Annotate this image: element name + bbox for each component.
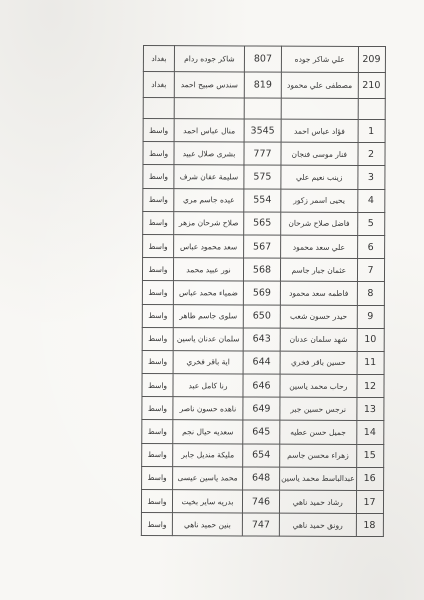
serial-cell: 210 (358, 72, 385, 98)
roster-row: واسطناهده حسون ناصر649نرجس حسين جبر13 (142, 397, 384, 421)
province-cell: واسط (142, 397, 173, 420)
roster-row: واسطمليكة منديل جابر654زهراء محسن جاسم15 (142, 443, 384, 467)
serial-cell: 7 (357, 259, 384, 282)
province-cell: واسط (142, 374, 173, 397)
serial-cell: 12 (356, 374, 383, 397)
code-cell: 569 (243, 281, 280, 304)
serial-cell: 17 (356, 490, 383, 513)
roster-row: واسطضمياء محمد عباس569فاطمه سعد محمود8 (142, 281, 384, 305)
name-cell: عثمان جبار جاسم (280, 258, 357, 282)
second-name-cell: محمد ياسين عيسى (173, 466, 243, 489)
province-cell: واسط (142, 304, 173, 327)
second-name-cell: صلاح شرحان مزهر (174, 211, 244, 234)
code-cell: 644 (243, 351, 280, 374)
second-name-cell: سلوى جاسم طاهر (173, 304, 243, 327)
code-cell: 777 (244, 142, 281, 165)
province-cell: بغداد (143, 46, 174, 72)
code-cell: 554 (244, 189, 281, 212)
code-cell: 646 (243, 374, 280, 397)
spacer-row (143, 98, 385, 120)
name-cell: فؤاد عباس احمد (281, 119, 358, 143)
code-cell: 650 (243, 304, 280, 327)
roster-table: بغدادشاكر جوده ردام807علي شاكر جوده209بغ… (141, 45, 386, 537)
serial-cell: 15 (356, 444, 383, 467)
name-cell: رشاد حميد ناهي (279, 490, 356, 514)
serial-cell: 1 (358, 119, 385, 142)
second-name-cell: بدريه ساير بخيت (172, 490, 242, 513)
second-name-cell: شاكر جوده ردام (174, 46, 244, 72)
second-name-cell: منال عباس احمد (174, 119, 244, 142)
second-name-cell: عيده جاسم مري (174, 188, 244, 211)
name-cell: حيدر حسون شعب (280, 305, 357, 329)
code-cell (244, 98, 281, 119)
province-cell: واسط (142, 420, 173, 443)
second-name-cell: سعد محمود عباس (174, 235, 244, 258)
code-cell: 819 (244, 72, 281, 98)
name-cell: علي شاكر جوده (281, 46, 358, 72)
name-cell: مصطفى علي محمود (281, 72, 358, 98)
scanned-document-page: بغدادشاكر جوده ردام807علي شاكر جوده209بغ… (0, 0, 424, 600)
serial-cell: 2 (358, 143, 385, 166)
roster-row: واسطعيده جاسم مري554يحيى اسمر زكور4 (143, 188, 385, 212)
name-cell: يحيى اسمر زكور (281, 189, 358, 213)
code-cell: 575 (244, 165, 281, 188)
serial-cell: 16 (356, 467, 383, 490)
name-cell: رحاب محمد ياسين (280, 374, 357, 398)
roster-row: واسطسليمة عفان شرف575زينب نعيم علي3 (143, 165, 385, 189)
code-cell: 649 (243, 397, 280, 420)
name-cell: جميل حسن عطيه (280, 421, 357, 445)
province-cell: واسط (143, 188, 174, 211)
code-cell: 645 (243, 420, 280, 443)
province-cell: واسط (141, 489, 172, 512)
name-cell: علي سعد محمود (281, 235, 358, 259)
roster-row: بغدادسندس صبيح احمد819مصطفى علي محمود210 (143, 72, 385, 99)
roster-row: واسطسعديه حيال نجم645جميل حسن عطيه14 (142, 420, 384, 444)
roster-row: واسطبنين حميد ناهي747رونق حميد ناهي18 (141, 513, 383, 537)
name-cell: فاطمه سعد محمود (280, 281, 357, 305)
serial-cell: 9 (357, 305, 384, 328)
name-cell: فاضل صلاح شرحان (281, 212, 358, 236)
province-cell: واسط (141, 513, 172, 536)
roster-body: بغدادشاكر جوده ردام807علي شاكر جوده209بغ… (141, 46, 385, 537)
province-cell: واسط (142, 258, 173, 281)
province-cell: بغداد (143, 72, 174, 98)
province-cell: واسط (143, 165, 174, 188)
serial-cell (358, 98, 385, 119)
serial-cell: 13 (356, 398, 383, 421)
second-name-cell: سلمان عدنان ياسين (173, 327, 243, 350)
second-name-cell: بشرى صلال عبيد (174, 142, 244, 165)
serial-cell: 11 (357, 351, 384, 374)
roster-row: واسطنور عبيد محمد568عثمان جبار جاسم7 (142, 258, 384, 282)
name-cell: رونق حميد ناهي (279, 513, 356, 537)
province-cell: واسط (142, 327, 173, 350)
roster-row: واسطمنال عباس احمد3545فؤاد عباس احمد1 (143, 119, 385, 143)
second-name-cell: ضمياء محمد عباس (173, 281, 243, 304)
province-cell: واسط (143, 119, 174, 142)
province-cell: واسط (142, 350, 173, 373)
roster-row: واسطصلاح شرحان مزهر565فاضل صلاح شرحان5 (143, 211, 385, 235)
name-cell: شهد سلمان عدنان (280, 328, 357, 352)
roster-row: بغدادشاكر جوده ردام807علي شاكر جوده209 (143, 46, 385, 73)
second-name-cell (174, 98, 244, 119)
code-cell: 654 (243, 444, 280, 467)
name-cell: زهراء محسن جاسم (280, 444, 357, 468)
name-cell (281, 98, 358, 119)
serial-cell: 18 (356, 514, 383, 537)
second-name-cell: بنين حميد ناهي (172, 513, 242, 536)
serial-cell: 4 (357, 189, 384, 212)
name-cell: زينب نعيم علي (281, 165, 358, 189)
province-cell (143, 98, 174, 119)
code-cell: 568 (243, 258, 280, 281)
code-cell: 567 (244, 235, 281, 258)
second-name-cell: سعديه حيال نجم (173, 420, 243, 443)
roster-row: واسطرنا كامل عبد646رحاب محمد ياسين12 (142, 374, 384, 398)
serial-cell: 14 (356, 421, 383, 444)
second-name-cell: رنا كامل عبد (173, 374, 243, 397)
second-name-cell: سندس صبيح احمد (174, 72, 244, 98)
code-cell: 747 (242, 513, 279, 536)
code-cell: 746 (242, 490, 279, 513)
serial-cell: 10 (357, 328, 384, 351)
roster-row: واسطسلمان عدنان ياسين643شهد سلمان عدنان1… (142, 327, 384, 351)
code-cell: 648 (243, 467, 280, 490)
roster-row: واسطسعد محمود عباس567علي سعد محمود6 (143, 234, 385, 258)
roster-row: واسطمحمد ياسين عيسى648عبدالباسط محمد ياس… (142, 466, 384, 490)
second-name-cell: مليكة منديل جابر (173, 443, 243, 466)
name-cell: نرجس حسين جبر (280, 397, 357, 421)
serial-cell: 209 (358, 46, 385, 72)
roster-row: واسطبدريه ساير بخيت746رشاد حميد ناهي17 (141, 489, 383, 513)
province-cell: واسط (143, 211, 174, 234)
province-cell: واسط (142, 281, 173, 304)
name-cell: عبدالباسط محمد ياسين (280, 467, 357, 491)
province-cell: واسط (143, 234, 174, 257)
name-cell: حسين باقر فخري (280, 351, 357, 375)
second-name-cell: نور عبيد محمد (173, 258, 243, 281)
province-cell: واسط (142, 443, 173, 466)
code-cell: 3545 (244, 119, 281, 142)
serial-cell: 3 (357, 166, 384, 189)
roster-row: واسطبشرى صلال عبيد777فنار موسى فنجان2 (143, 142, 385, 166)
code-cell: 643 (243, 328, 280, 351)
name-cell: فنار موسى فنجان (281, 142, 358, 166)
serial-cell: 6 (357, 235, 384, 258)
province-cell: واسط (142, 466, 173, 489)
roster-row: واسطسلوى جاسم طاهر650حيدر حسون شعب9 (142, 304, 384, 328)
code-cell: 565 (244, 212, 281, 235)
serial-cell: 8 (357, 282, 384, 305)
second-name-cell: ناهده حسون ناصر (173, 397, 243, 420)
second-name-cell: سليمة عفان شرف (174, 165, 244, 188)
roster-row: واسطاية باقر فخري644حسين باقر فخري11 (142, 350, 384, 374)
second-name-cell: اية باقر فخري (173, 351, 243, 374)
province-cell: واسط (143, 142, 174, 165)
serial-cell: 5 (357, 212, 384, 235)
code-cell: 807 (244, 46, 281, 72)
